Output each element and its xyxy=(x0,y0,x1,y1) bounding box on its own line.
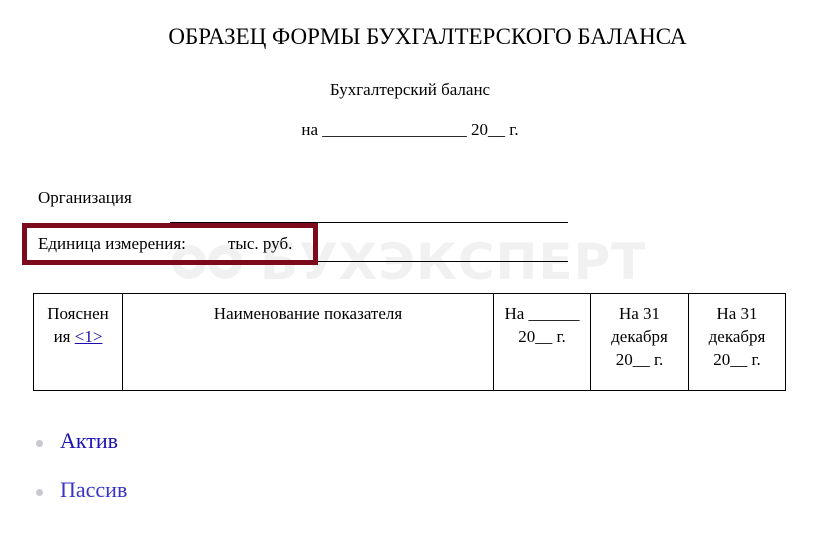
list-item: Пассив xyxy=(34,477,127,526)
section-link-assets[interactable]: Актив xyxy=(60,428,118,454)
document-title: ОБРАЗЕЦ ФОРМЫ БУХГАЛТЕРСКОГО БАЛАНСА xyxy=(0,24,819,50)
header-cell-indicator: Наименование показателя xyxy=(123,294,494,391)
balance-date-line: на _________________ 20__ г. xyxy=(0,120,819,140)
list-item: Актив xyxy=(34,428,127,477)
footnote-link[interactable]: <1> xyxy=(75,327,103,346)
bullet-icon xyxy=(36,440,43,447)
table-header-row: Пояснения <1> Наименование показателя На… xyxy=(34,294,786,391)
section-link-liabilities[interactable]: Пассив xyxy=(60,477,127,503)
header-cell-notes: Пояснения <1> xyxy=(34,294,123,391)
header-cell-date-current: На ______20__ г. xyxy=(494,294,591,391)
balance-header-table: Пояснения <1> Наименование показателя На… xyxy=(33,293,786,391)
bullet-icon xyxy=(36,489,43,496)
section-list: Актив Пассив xyxy=(34,428,127,526)
header-cell-date-prev: На 31декабря20__ г. xyxy=(591,294,689,391)
header-cell-date-prev2: На 31декабря20__ г. xyxy=(689,294,786,391)
unit-field-line xyxy=(318,261,568,262)
organization-label: Организация xyxy=(38,188,132,208)
document-subtitle: Бухгалтерский баланс xyxy=(0,80,819,100)
unit-highlight-frame xyxy=(22,223,318,265)
